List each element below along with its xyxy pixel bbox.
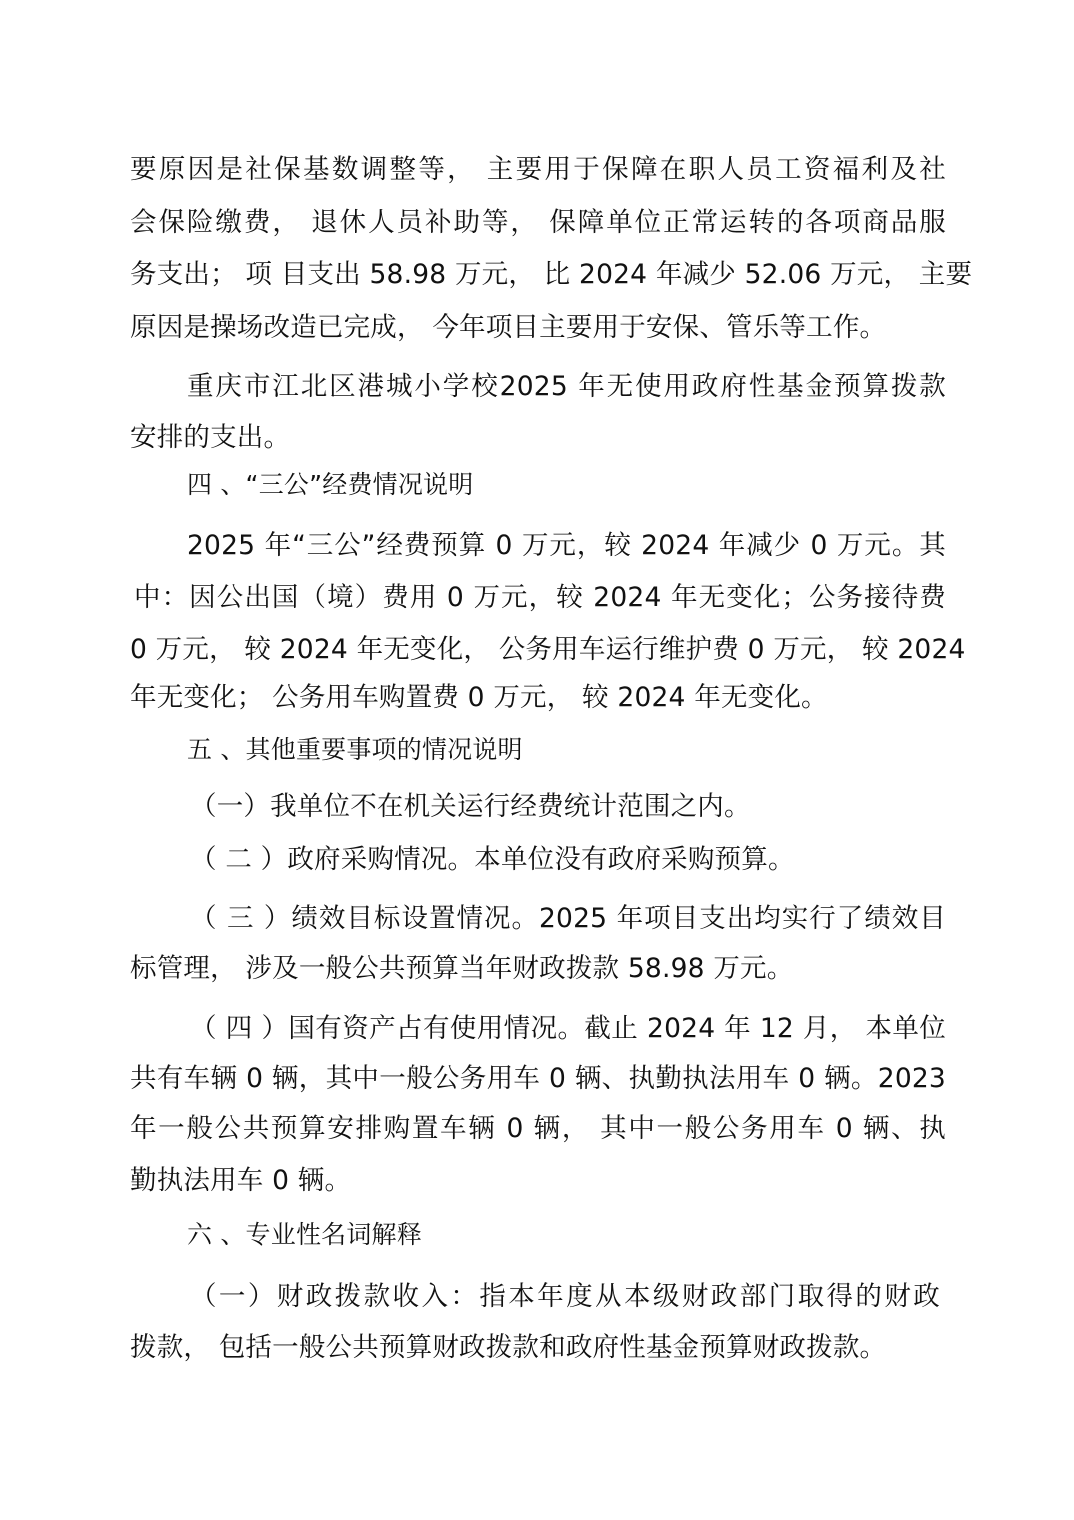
- paragraph-line: 重庆市江北区港城小学校2025 年无使用政府性基金预算拨款: [187, 367, 946, 407]
- paragraph-line: 会保险缴费， 退休人员补助等， 保障单位正常运转的各项商品服: [130, 203, 946, 243]
- paragraph-line: 年一般公共预算安排购置车辆 0 辆， 其中一般公务用车 0 辆、执: [130, 1109, 946, 1149]
- section-heading: 四 、“三公”经费情况说明: [187, 465, 1003, 505]
- paragraph-line: 原因是操场改造已完成， 今年项目主要用于安保、管乐等工作。: [130, 308, 946, 348]
- paragraph-line: 拨款， 包括一般公共预算财政拨款和政府性基金预算财政拨款。: [130, 1328, 946, 1368]
- paragraph-line: （一）我单位不在机关运行经费统计范围之内。: [190, 787, 1006, 827]
- paragraph-line: 年无变化； 公务用车购置费 0 万元， 较 2024 年无变化。: [130, 678, 946, 718]
- paragraph-line: 务支出； 项 目支出 58.98 万元， 比 2024 年减少 52.06 万元…: [130, 255, 946, 295]
- section-heading: 六 、专业性名词解释: [187, 1215, 1003, 1255]
- document-page: 要原因是社保基数调整等， 主要用于保障在职人员工资福利及社 会保险缴费， 退休人…: [0, 0, 1074, 1520]
- paragraph-line: 标管理， 涉及一般公共预算当年财政拨款 58.98 万元。: [130, 949, 946, 989]
- paragraph-line: 0 万元， 较 2024 年无变化， 公务用车运行维护费 0 万元， 较 202…: [130, 630, 946, 670]
- paragraph-line: 2025 年“三公”经费预算 0 万元，较 2024 年减少 0 万元。其: [187, 526, 946, 566]
- paragraph-line: 要原因是社保基数调整等， 主要用于保障在职人员工资福利及社: [130, 150, 946, 190]
- paragraph-line: 勤执法用车 0 辆。: [130, 1161, 946, 1201]
- paragraph-line: 安排的支出。: [130, 418, 946, 458]
- paragraph-line: （ 三 ）绩效目标设置情况。2025 年项目支出均实行了绩效目: [190, 899, 946, 939]
- paragraph-line: 共有车辆 0 辆，其中一般公务用车 0 辆、执勤执法用车 0 辆。2023: [130, 1059, 946, 1099]
- paragraph-line: （ 二 ）政府采购情况。本单位没有政府采购预算。: [190, 840, 1006, 880]
- paragraph-line: 中：因公出国（境）费用 0 万元，较 2024 年无变化；公务接待费: [134, 578, 946, 618]
- section-heading: 五 、其他重要事项的情况说明: [187, 730, 1003, 770]
- paragraph-line: （一）财政拨款收入：指本年度从本级财政部门取得的财政: [190, 1277, 940, 1317]
- paragraph-line: （ 四 ）国有资产占有使用情况。截止 2024 年 12 月， 本单位: [190, 1009, 946, 1049]
